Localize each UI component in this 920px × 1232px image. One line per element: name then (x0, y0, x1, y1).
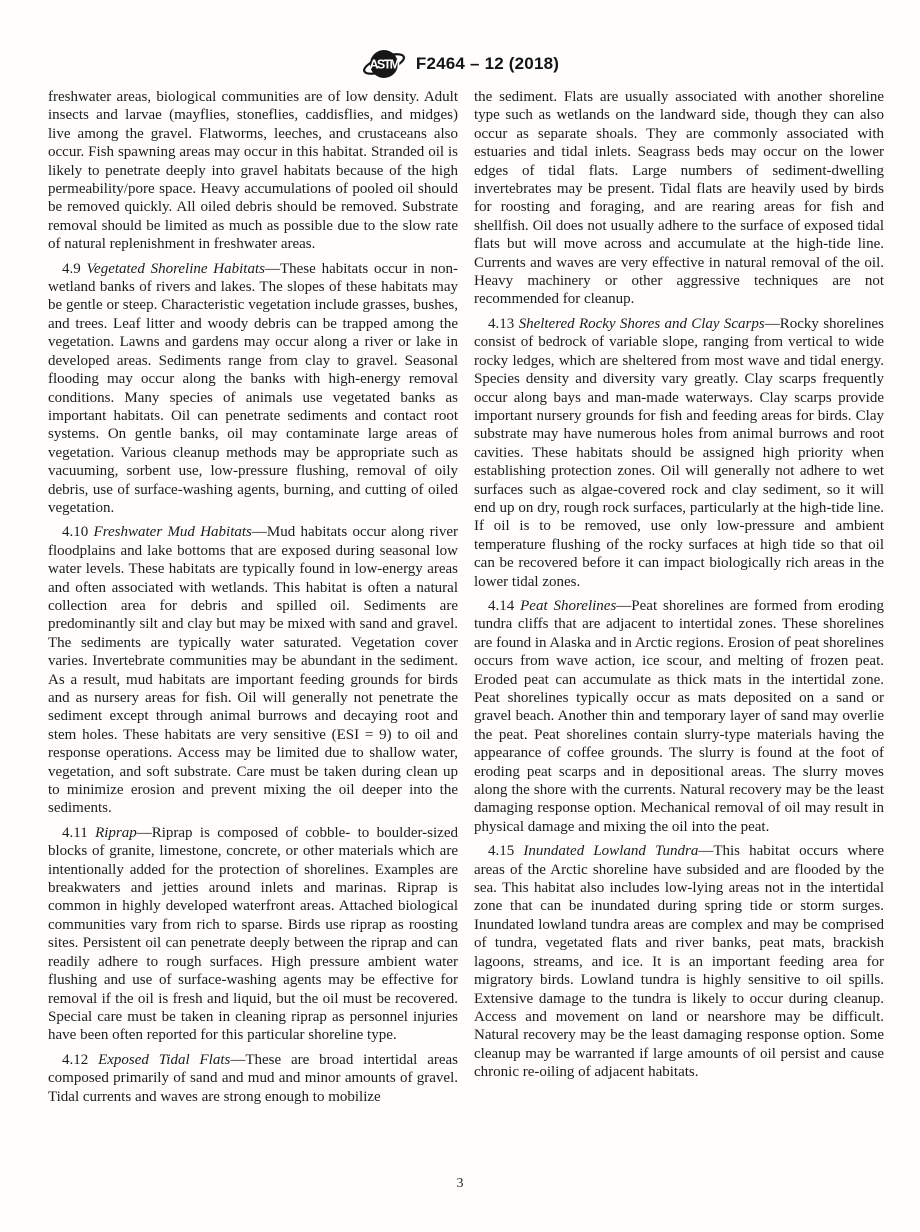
section-title: Inundated Lowland Tundra (523, 843, 698, 859)
continuation-paragraph: freshwater areas, biological communities… (48, 88, 458, 254)
section-number: 4.10 (62, 524, 94, 540)
continuation-paragraph: the sediment. Flats are usually associat… (474, 88, 884, 309)
document-body: freshwater areas, biological communities… (48, 88, 884, 1174)
section-paragraph-4-10: 4.10 Freshwater Mud Habitats—Mud habitat… (48, 523, 458, 818)
right-column: the sediment. Flats are usually associat… (474, 88, 884, 1174)
standard-designation: F2464 – 12 (2018) (416, 54, 559, 74)
section-title: Exposed Tidal Flats (98, 1052, 230, 1068)
section-title: Peat Shorelines (520, 598, 616, 614)
section-number: 4.9 (62, 261, 87, 277)
section-number: 4.13 (488, 316, 519, 332)
section-paragraph-4-9: 4.9 Vegetated Shoreline Habitats—These h… (48, 260, 458, 518)
section-paragraph-4-15: 4.15 Inundated Lowland Tundra—This habit… (474, 842, 884, 1081)
page-number: 3 (457, 1176, 464, 1191)
section-title: Freshwater Mud Habitats (94, 524, 252, 540)
section-paragraph-4-13: 4.13 Sheltered Rocky Shores and Clay Sca… (474, 315, 884, 591)
section-paragraph-4-14: 4.14 Peat Shorelines—Peat shorelines are… (474, 597, 884, 836)
section-number: 4.12 (62, 1052, 98, 1068)
section-paragraph-4-11: 4.11 Riprap—Riprap is composed of cobble… (48, 824, 458, 1045)
section-title: Sheltered Rocky Shores and Clay Scarps (519, 316, 765, 332)
section-number: 4.14 (488, 598, 520, 614)
section-number: 4.11 (62, 825, 95, 841)
left-column: freshwater areas, biological communities… (48, 88, 458, 1174)
document-page: ASTM F2464 – 12 (2018) freshwater areas,… (0, 0, 920, 1232)
svg-text:ASTM: ASTM (369, 58, 399, 72)
page-header: ASTM F2464 – 12 (2018) (0, 44, 920, 84)
section-title: Riprap (95, 825, 137, 841)
section-number: 4.15 (488, 843, 523, 859)
section-title: Vegetated Shoreline Habitats (87, 261, 265, 277)
section-paragraph-4-12: 4.12 Exposed Tidal Flats—These are broad… (48, 1051, 458, 1106)
astm-logo-icon: ASTM (361, 44, 407, 84)
page-footer: 3 (0, 1176, 920, 1192)
